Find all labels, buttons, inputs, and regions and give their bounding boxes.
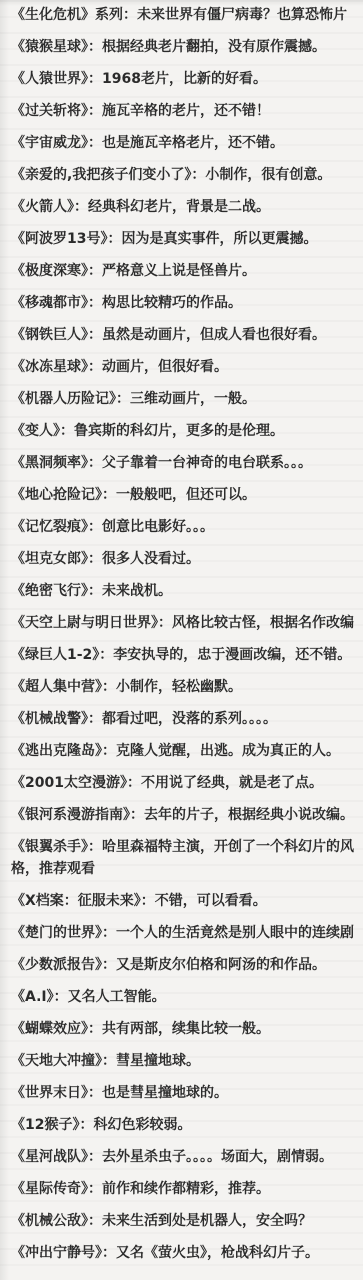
colon-separator: ： xyxy=(191,167,205,183)
colon-separator: ： xyxy=(102,957,116,973)
movie-entry: 《变人》：鲁宾斯的科幻片，更多的是伦理。 xyxy=(11,420,357,442)
colon-separator: ： xyxy=(88,551,102,567)
colon-separator: ： xyxy=(88,1085,102,1101)
movie-entry: 《宇宙威龙》：也是施瓦辛格老片，还不错。 xyxy=(11,132,357,154)
movie-note: 1968老片，比新的好看。 xyxy=(102,71,267,87)
movie-entry: 《猿猴星球》：根据经典老片翻拍，没有原作震撼。 xyxy=(11,36,357,58)
movie-entry: 《冰冻星球》：动画片，但很好看。 xyxy=(11,356,357,378)
colon-separator: ： xyxy=(88,519,102,535)
movie-entry: 《银翼杀手》：哈里森福特主演，开创了一个科幻片的风格，推荐观看 xyxy=(11,836,357,880)
movie-title: 《人猿世界》 xyxy=(11,71,88,87)
movie-entry: 《A.I》：又名人工智能。 xyxy=(11,986,357,1008)
movie-note: 未来世界有僵尸病毒？也算恐怖片 xyxy=(137,7,347,23)
colon-separator: ： xyxy=(102,679,116,695)
colon-separator: ： xyxy=(88,839,102,855)
movie-note: 很多人没看过。 xyxy=(102,551,200,567)
movie-title: 《X档案：征服未来》 xyxy=(11,893,141,909)
colon-separator: ： xyxy=(116,391,130,407)
movie-entry: 《记忆裂痕》：创意比电影好。。。 xyxy=(11,516,357,538)
movie-note: 都看过吧，没落的系列。。。。 xyxy=(102,711,277,727)
colon-separator: ： xyxy=(88,359,102,375)
movie-title: 《过关斩将》 xyxy=(11,103,88,119)
colon-separator: ： xyxy=(88,39,102,55)
movie-entry: 《钢铁巨人》：虽然是动画片，但成人看也很好看。 xyxy=(11,324,357,346)
movie-title: 《钢铁巨人》 xyxy=(11,327,88,343)
movie-note: 三维动画片，一般。 xyxy=(130,391,256,407)
movie-title: 《楚门的世界》 xyxy=(11,925,102,941)
colon-separator: ： xyxy=(123,7,137,23)
movie-note: 创意比电影好。。。 xyxy=(102,519,214,535)
colon-separator: ： xyxy=(88,135,102,151)
colon-separator: ： xyxy=(88,583,102,599)
colon-separator: ： xyxy=(127,775,141,791)
colon-separator: ： xyxy=(88,263,102,279)
movie-note: 一般般吧，但还可以。 xyxy=(116,487,256,503)
movie-list: 《生化危机》系列：未来世界有僵尸病毒？也算恐怖片 《猿猴星球》：根据经典老片翻拍… xyxy=(11,4,357,1264)
movie-entry: 《蝴蝶效应》：共有两部，续集比较一般。 xyxy=(11,1018,357,1040)
movie-note: 科幻色彩较弱。 xyxy=(93,1117,191,1133)
movie-entry: 《2001太空漫游》：不用说了经典，就是老了点。 xyxy=(11,772,357,794)
movie-entry: 《星河战队》：去外星杀虫子。。。。场面大，剧情弱。 xyxy=(11,1146,357,1168)
movie-title: 《机械公敌》 xyxy=(11,1213,88,1229)
colon-separator: ： xyxy=(88,327,102,343)
movie-title: 《世界末日》 xyxy=(11,1085,88,1101)
colon-separator: ： xyxy=(107,231,121,247)
colon-separator: ： xyxy=(88,1021,102,1037)
colon-separator: ： xyxy=(88,711,102,727)
movie-note: 施瓦辛格的老片，还不错！ xyxy=(102,103,270,119)
movie-entry: 《天空上尉与明日世界》：风格比较古怪，根据名作改编 xyxy=(11,612,357,634)
movie-note: 父子靠着一台神奇的电台联系。。。 xyxy=(102,455,312,471)
colon-separator: ： xyxy=(88,103,102,119)
colon-separator: ： xyxy=(141,893,155,909)
movie-title: 《天空上尉与明日世界》 xyxy=(11,615,158,631)
movie-note: 风格比较古怪，根据名作改编 xyxy=(172,615,354,631)
movie-entry: 《绝密飞行》：未来战机。 xyxy=(11,580,357,602)
movie-entry: 《地心抢险记》：一般般吧，但还可以。 xyxy=(11,484,357,506)
movie-note: 未来战机。 xyxy=(102,583,172,599)
colon-separator: ： xyxy=(102,925,116,941)
colon-separator: ： xyxy=(74,199,88,215)
movie-title: 《星际传奇》 xyxy=(11,1181,88,1197)
movie-entry: 《黑洞频率》：父子靠着一台神奇的电台联系。。。 xyxy=(11,452,357,474)
movie-note: 动画片，但很好看。 xyxy=(102,359,228,375)
movie-entry: 《坦克女郎》：很多人没看过。 xyxy=(11,548,357,570)
movie-note: 又名《萤火虫》，枪战科幻片子。 xyxy=(116,1245,319,1261)
movie-note: 一个人的生活竟然是别人眼中的连续剧 xyxy=(116,925,354,941)
colon-separator: ： xyxy=(102,743,116,759)
movie-entry: 《机械公敌》：未来生活到处是机器人，安全吗？ xyxy=(11,1210,357,1232)
movie-title: 《移魂都市》 xyxy=(11,295,88,311)
movie-entry: 《机器人历险记》：三维动画片，一般。 xyxy=(11,388,357,410)
colon-separator: ： xyxy=(102,1245,116,1261)
movie-title: 《机械战警》 xyxy=(11,711,88,727)
movie-note: 李安执导的，忠于漫画改编，还不错。 xyxy=(113,647,351,663)
movie-note: 经典科幻老片，背景是二战。 xyxy=(88,199,270,215)
movie-title: 《猿猴星球》 xyxy=(11,39,88,55)
movie-entry: 《超人集中营》：小制作，轻松幽默。 xyxy=(11,676,357,698)
movie-title: 《亲爱的,我把孩子们变小了》 xyxy=(11,167,191,183)
movie-title: 《天地大冲撞》 xyxy=(11,1053,102,1069)
movie-note: 根据经典老片翻拍，没有原作震撼。 xyxy=(102,39,326,55)
colon-separator: ： xyxy=(88,455,102,471)
colon-separator: ： xyxy=(102,487,116,503)
movie-note: 因为是真实事件，所以更震撼。 xyxy=(121,231,317,247)
movie-entry: 《少数派报告》：又是斯皮尔伯格和阿汤的和作品。 xyxy=(11,954,357,976)
movie-note: 也是彗星撞地球的。 xyxy=(102,1085,228,1101)
colon-separator: ： xyxy=(102,1053,116,1069)
movie-note: 又名人工智能。 xyxy=(68,989,166,1005)
movie-note: 严格意义上说是怪兽片。 xyxy=(102,263,256,279)
movie-entry: 《世界末日》：也是彗星撞地球的。 xyxy=(11,1082,357,1104)
movie-entry: 《亲爱的,我把孩子们变小了》：小制作，很有创意。 xyxy=(11,164,357,186)
movie-title: 《宇宙威龙》 xyxy=(11,135,88,151)
movie-note: 去外星杀虫子。。。。场面大，剧情弱。 xyxy=(102,1149,333,1165)
movie-title: 《银河系漫游指南》 xyxy=(11,807,130,823)
colon-separator: ： xyxy=(88,1181,102,1197)
movie-title: 《超人集中营》 xyxy=(11,679,102,695)
movie-entry: 《火箭人》：经典科幻老片，背景是二战。 xyxy=(11,196,357,218)
movie-entry: 《天地大冲撞》：彗星撞地球。 xyxy=(11,1050,357,1072)
movie-title: 《蝴蝶效应》 xyxy=(11,1021,88,1037)
movie-title: 《A.I》 xyxy=(11,989,54,1005)
colon-separator: ： xyxy=(54,989,68,1005)
movie-title: 《绿巨人1-2》 xyxy=(11,647,99,663)
movie-note: 不用说了经典，就是老了点。 xyxy=(141,775,323,791)
movie-title: 《机器人历险记》 xyxy=(11,391,116,407)
movie-entry: 《过关斩将》：施瓦辛格的老片，还不错！ xyxy=(11,100,357,122)
movie-entry: 《银河系漫游指南》：去年的片子，根据经典小说改编。 xyxy=(11,804,357,826)
movie-title: 《逃出克隆岛》 xyxy=(11,743,102,759)
colon-separator: ： xyxy=(79,1117,93,1133)
movie-title: 《冲出宁静号》 xyxy=(11,1245,102,1261)
colon-separator: ： xyxy=(88,1213,102,1229)
movie-title: 《12猴子》 xyxy=(11,1117,79,1133)
movie-note: 克隆人觉醒，出逃。成为真正的人。 xyxy=(116,743,340,759)
movie-entry: 《X档案：征服未来》：不错，可以看看。 xyxy=(11,890,357,912)
movie-note: 小制作，轻松幽默。 xyxy=(116,679,242,695)
movie-entry: 《人猿世界》：1968老片，比新的好看。 xyxy=(11,68,357,90)
movie-note: 也是施瓦辛格老片，还不错。 xyxy=(102,135,284,151)
colon-separator: ： xyxy=(88,71,102,87)
movie-title: 《地心抢险记》 xyxy=(11,487,102,503)
movie-title: 《记忆裂痕》 xyxy=(11,519,88,535)
colon-separator: ： xyxy=(158,615,172,631)
movie-entry: 《冲出宁静号》：又名《萤火虫》，枪战科幻片子。 xyxy=(11,1242,357,1264)
movie-entry: 《星际传奇》：前作和续作都精彩，推荐。 xyxy=(11,1178,357,1200)
movie-title: 《变人》 xyxy=(11,423,60,439)
movie-note: 共有两部，续集比较一般。 xyxy=(102,1021,270,1037)
movie-note: 鲁宾斯的科幻片，更多的是伦理。 xyxy=(74,423,284,439)
movie-entry: 《阿波罗13号》：因为是真实事件，所以更震撼。 xyxy=(11,228,357,250)
movie-entry: 《12猴子》：科幻色彩较弱。 xyxy=(11,1114,357,1136)
colon-separator: ： xyxy=(88,1149,102,1165)
movie-title: 《2001太空漫游》 xyxy=(11,775,127,791)
movie-note: 又是斯皮尔伯格和阿汤的和作品。 xyxy=(116,957,326,973)
colon-separator: ： xyxy=(88,295,102,311)
colon-separator: ： xyxy=(99,647,113,663)
movie-note: 前作和续作都精彩，推荐。 xyxy=(102,1181,270,1197)
movie-title: 《坦克女郎》 xyxy=(11,551,88,567)
movie-title: 《冰冻星球》 xyxy=(11,359,88,375)
movie-note: 未来生活到处是机器人，安全吗？ xyxy=(102,1213,312,1229)
movie-title: 《生化危机》系列 xyxy=(11,7,123,23)
movie-title: 《极度深寒》 xyxy=(11,263,88,279)
movie-title: 《少数派报告》 xyxy=(11,957,102,973)
colon-separator: ： xyxy=(60,423,74,439)
movie-note: 小制作，很有创意。 xyxy=(205,167,331,183)
movie-note: 虽然是动画片，但成人看也很好看。 xyxy=(102,327,326,343)
movie-title: 《绝密飞行》 xyxy=(11,583,88,599)
movie-entry: 《生化危机》系列：未来世界有僵尸病毒？也算恐怖片 xyxy=(11,4,357,26)
movie-entry: 《移魂都市》：构思比较精巧的作品。 xyxy=(11,292,357,314)
movie-title: 《银翼杀手》 xyxy=(11,839,88,855)
movie-title: 《星河战队》 xyxy=(11,1149,88,1165)
movie-entry: 《机械战警》：都看过吧，没落的系列。。。。 xyxy=(11,708,357,730)
movie-note: 不错，可以看看。 xyxy=(155,893,267,909)
movie-entry: 《楚门的世界》：一个人的生活竟然是别人眼中的连续剧 xyxy=(11,922,357,944)
movie-title: 《火箭人》 xyxy=(11,199,74,215)
movie-entry: 《逃出克隆岛》：克隆人觉醒，出逃。成为真正的人。 xyxy=(11,740,357,762)
movie-title: 《阿波罗13号》 xyxy=(11,231,107,247)
movie-title: 《黑洞频率》 xyxy=(11,455,88,471)
movie-entry: 《绿巨人1-2》：李安执导的，忠于漫画改编，还不错。 xyxy=(11,644,357,666)
movie-entry: 《极度深寒》：严格意义上说是怪兽片。 xyxy=(11,260,357,282)
colon-separator: ： xyxy=(130,807,144,823)
scanned-movie-review-page: 《生化危机》系列：未来世界有僵尸病毒？也算恐怖片 《猿猴星球》：根据经典老片翻拍… xyxy=(0,0,363,1280)
movie-note: 构思比较精巧的作品。 xyxy=(102,295,242,311)
movie-note: 彗星撞地球。 xyxy=(116,1053,200,1069)
movie-note: 去年的片子，根据经典小说改编。 xyxy=(144,807,354,823)
